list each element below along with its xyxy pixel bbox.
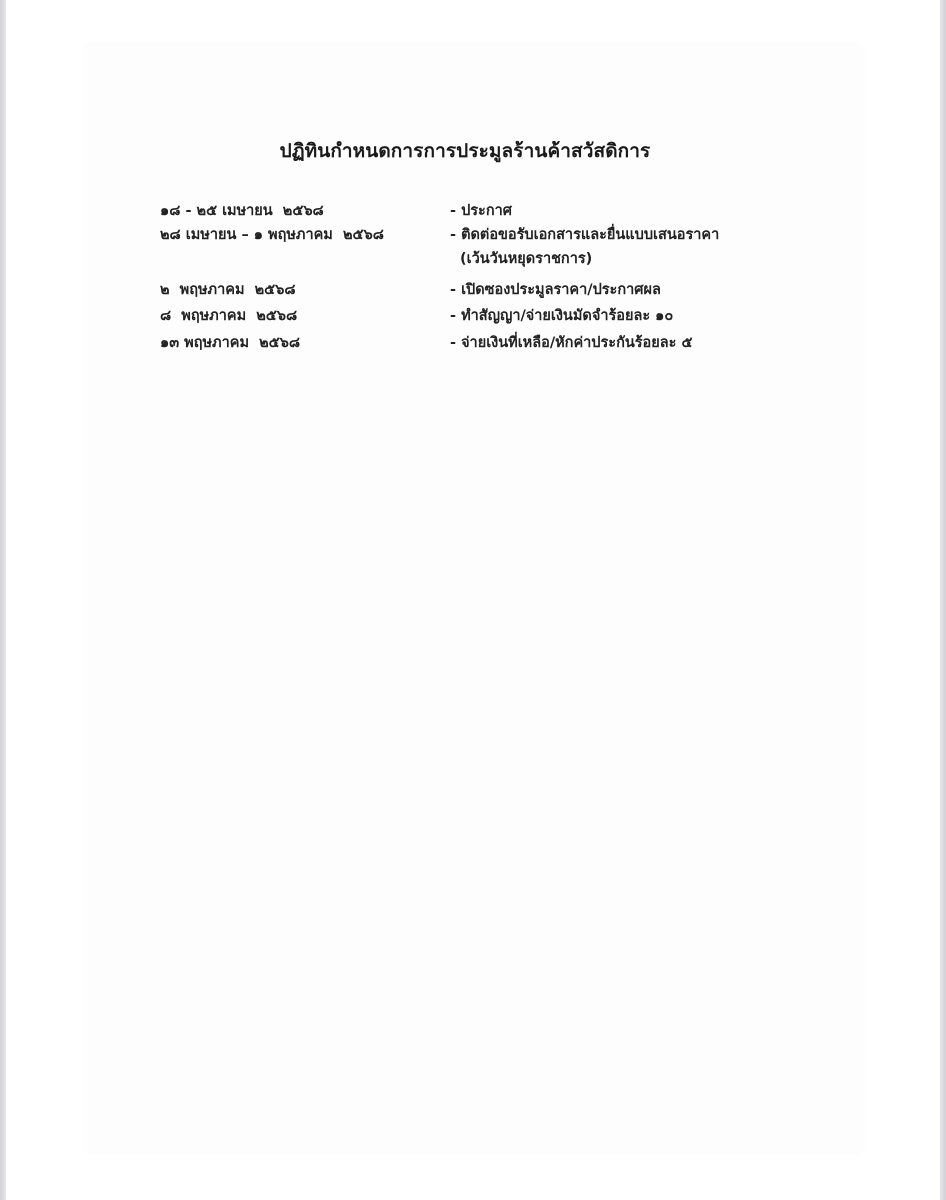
viewer-left-edge [0, 0, 6, 1200]
schedule-description: - ติดต่อขอรับเอกสารและยื่นแบบเสนอราคา [450, 223, 719, 246]
schedule-row: ๑๓ พฤษภาคม ๒๕๖๘ - จ่ายเงินที่เหลือ/หักค่… [0, 331, 946, 353]
schedule-row-continuation: (เว้นวันหยุดราชการ) [0, 247, 946, 269]
schedule-date: ๑๘ - ๒๕ เมษายน ๒๕๖๘ [160, 199, 324, 222]
schedule-date: ๘ พฤษภาคม ๒๕๖๘ [160, 304, 297, 327]
schedule-row: ๒๘ เมษายน – ๑ พฤษภาคม ๒๕๖๘ - ติดต่อขอรับ… [0, 223, 946, 245]
viewer-right-edge [940, 0, 946, 1200]
schedule-description: - เปิดซองประมูลราคา/ประกาศผล [450, 278, 661, 301]
schedule-description: - จ่ายเงินที่เหลือ/หักค่าประกันร้อยละ ๕ [450, 331, 692, 354]
schedule-row: ๒ พฤษภาคม ๒๕๖๘ - เปิดซองประมูลราคา/ประกา… [0, 278, 946, 300]
document-title: ปฏิทินกำหนดการการประมูลร้านค้าสวัสดิการ [0, 136, 930, 166]
schedule-row: ๘ พฤษภาคม ๒๕๖๘ - ทำสัญญา/จ่ายเงินมัดจำร้… [0, 304, 946, 326]
schedule-description: - ทำสัญญา/จ่ายเงินมัดจำร้อยละ ๑๐ [450, 304, 673, 327]
schedule-description: - ประกาศ [450, 199, 512, 222]
schedule-row: ๑๘ - ๒๕ เมษายน ๒๕๖๘ - ประกาศ [0, 199, 946, 221]
schedule-date: ๒ พฤษภาคม ๒๕๖๘ [160, 278, 296, 301]
schedule-date: ๑๓ พฤษภาคม ๒๕๖๘ [160, 331, 300, 354]
schedule-date: ๒๘ เมษายน – ๑ พฤษภาคม ๒๕๖๘ [160, 223, 384, 246]
schedule-description-note: (เว้นวันหยุดราชการ) [460, 247, 592, 270]
